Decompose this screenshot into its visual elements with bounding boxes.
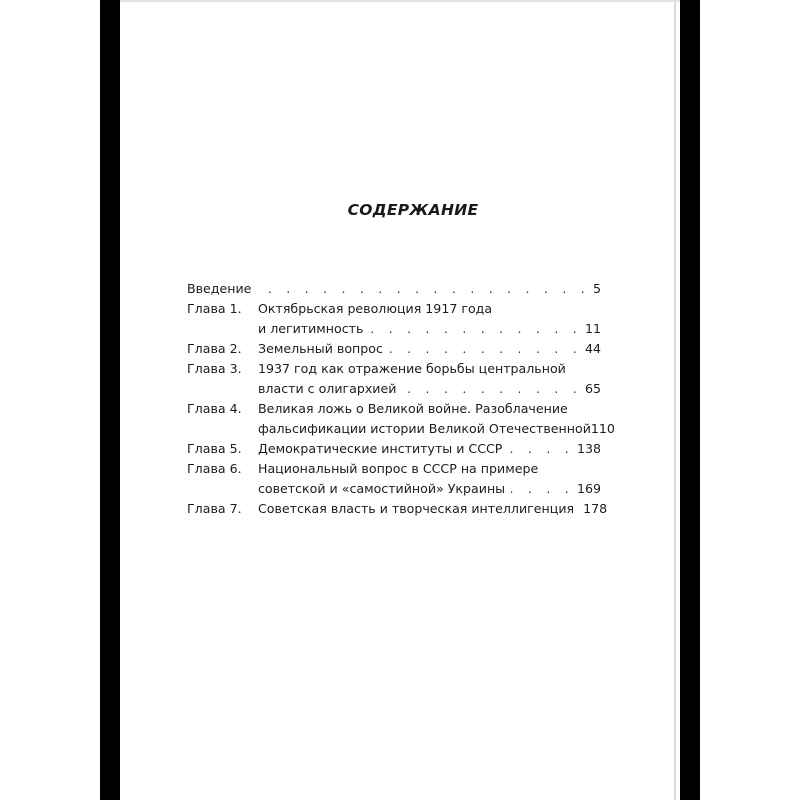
page-number: 110 xyxy=(591,419,615,439)
page-number: 169 xyxy=(577,479,601,499)
page-edge-shadow xyxy=(674,0,676,800)
chapter-title: Демократические институты и СССР xyxy=(258,439,502,459)
chapter-title: Введение xyxy=(187,279,251,299)
left-black-border xyxy=(100,0,120,800)
chapter-title: 1937 год как отражение борьбы центрально… xyxy=(258,359,566,379)
page-number: 5 xyxy=(593,279,601,299)
chapter-label: Глава 7. xyxy=(187,499,258,519)
chapter-title: Земельный вопрос xyxy=(258,339,383,359)
dot-leader: . . . . . . . . . . . . . . . . . . . . … xyxy=(511,479,574,499)
toc-entry-continuation[interactable]: власти с олигархией. . . . . . . . . . .… xyxy=(187,379,601,399)
toc-entry[interactable]: Глава 7.Советская власть и творческая ин… xyxy=(187,499,601,519)
chapter-title: Великая ложь о Великой войне. Разоблачен… xyxy=(258,399,568,419)
chapter-title-continuation: советской и «самостийной» Украины xyxy=(258,479,505,499)
toc-entry[interactable]: Глава 2.Земельный вопрос. . . . . . . . … xyxy=(187,339,601,359)
toc-entry[interactable]: Глава 5. Демократические институты и ССС… xyxy=(187,439,601,459)
chapter-label: Глава 1. xyxy=(187,299,258,319)
dot-leader: . . . . . . . . . . . . . . . . . . . . … xyxy=(369,319,582,339)
chapter-label: Глава 3. xyxy=(187,359,258,379)
book-page: СОДЕРЖАНИЕ Введение. . . . . . . . . . .… xyxy=(120,0,680,800)
right-black-border xyxy=(680,0,700,800)
dot-leader: . . . . . . . . . . . . . . . . . . . . … xyxy=(508,439,574,459)
table-of-contents: Введение. . . . . . . . . . . . . . . . … xyxy=(187,279,601,519)
toc-entry-continuation[interactable]: советской и «самостийной» Украины. . . .… xyxy=(187,479,601,499)
dot-leader: . . . . . . . . . . . . . . . . . . . . … xyxy=(402,379,582,399)
page-title: СОДЕРЖАНИЕ xyxy=(120,201,680,219)
toc-entry[interactable]: Глава 3.1937 год как отражение борьбы це… xyxy=(187,359,601,379)
chapter-title: Национальный вопрос в СССР на примере xyxy=(258,459,538,479)
chapter-title: Советская власть и творческая интеллиген… xyxy=(258,499,574,519)
toc-entry-continuation[interactable]: и легитимность. . . . . . . . . . . . . … xyxy=(187,319,601,339)
page-number: 138 xyxy=(577,439,601,459)
chapter-title-continuation: и легитимность xyxy=(258,319,363,339)
toc-entry[interactable]: Глава 6.Национальный вопрос в СССР на пр… xyxy=(187,459,601,479)
page-number: 11 xyxy=(585,319,601,339)
chapter-title-continuation: фальсификации истории Великой Отечествен… xyxy=(258,419,591,439)
page-number: 65 xyxy=(585,379,601,399)
toc-entry[interactable]: Введение. . . . . . . . . . . . . . . . … xyxy=(187,279,601,299)
toc-entry-continuation[interactable]: фальсификации истории Великой Отечествен… xyxy=(187,419,601,439)
page-number: 178 xyxy=(583,499,607,519)
chapter-title-continuation: власти с олигархией xyxy=(258,379,396,399)
chapter-label: Глава 6. xyxy=(187,459,258,479)
toc-entry[interactable]: Глава 4.Великая ложь о Великой войне. Ра… xyxy=(187,399,601,419)
dot-leader: . . . . . . . . . . . . . . . . . . . . … xyxy=(257,279,590,299)
chapter-title: Октябрьская революция 1917 года xyxy=(258,299,492,319)
chapter-label: Глава 4. xyxy=(187,399,258,419)
page-number: 44 xyxy=(585,339,601,359)
chapter-label: Глава 2. xyxy=(187,339,258,359)
dot-leader: . . . . . . . . . . . . . . . . . . . . … xyxy=(389,339,582,359)
toc-entry[interactable]: Глава 1.Октябрьская революция 1917 года xyxy=(187,299,601,319)
chapter-label: Глава 5. xyxy=(187,439,258,459)
